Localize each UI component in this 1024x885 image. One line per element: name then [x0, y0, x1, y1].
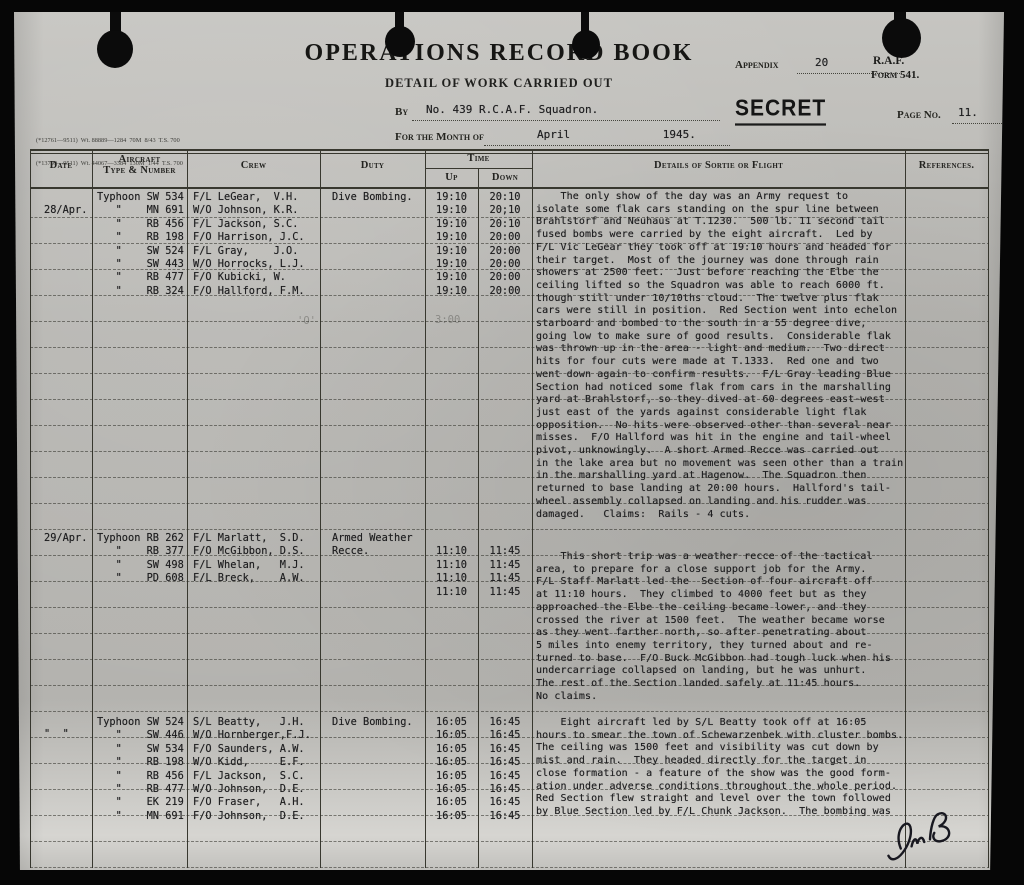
time-up-cell: 19:10: [425, 231, 478, 244]
crew-cell: F/O Saunders, A.W.: [193, 743, 305, 756]
crew-cell: W/O Johnson, K.R.: [193, 204, 298, 217]
crew-cell: F/O McGibbon, D.S.: [193, 545, 305, 558]
aircraft-cell: " RB 324: [97, 285, 184, 298]
col-header-aircraft-line1: Aircraft: [92, 154, 187, 165]
time-down-cell: 16:45: [478, 810, 532, 823]
form-number: Form 541.: [871, 69, 919, 81]
aircraft-cell: " RB 456: [97, 770, 184, 783]
crew-cell: F/L Jackson, S.C.: [193, 218, 298, 231]
col-header-down: Down: [478, 172, 532, 183]
time-down-cell: 16:45: [478, 770, 532, 783]
time-down-cell: 16:45: [478, 716, 532, 729]
ghost-mark: 3:00: [435, 314, 460, 326]
col-header-up: Up: [425, 172, 478, 183]
ghost-mark: 'O': [297, 315, 316, 327]
aircraft-cell: Typhoon RB 262: [97, 532, 184, 545]
page-number-value: 11.: [952, 106, 978, 119]
aircraft-cell: " RB 477: [97, 271, 184, 284]
grid-line: [320, 149, 321, 868]
aircraft-cell: " RB 456: [97, 218, 184, 231]
col-header-references: References.: [905, 160, 988, 171]
month-year-value: April 1945.: [484, 128, 696, 141]
time-down-cell: 11:45: [478, 586, 532, 599]
printer-code-line1: (*12761—9511) Wt. 88889—1284 70M 8/43 T.…: [36, 137, 183, 145]
grid-line: [30, 149, 31, 868]
squadron-value: No. 439 R.C.A.F. Squadron.: [412, 103, 598, 116]
time-up-cell: 19:10: [425, 271, 478, 284]
punch-hole: [882, 18, 921, 58]
time-down-cell: 20:00: [478, 231, 532, 244]
secret-stamp: SECRET: [735, 95, 826, 125]
grid-line: [988, 149, 989, 868]
appendix-label: Appendix: [735, 59, 779, 71]
sortie-date: 28/Apr.: [44, 204, 87, 216]
crew-cell: F/L Gray, J.O.: [193, 245, 298, 258]
col-header-date: Date: [30, 160, 92, 171]
crew-cell: W/O Kidd, E.F.: [193, 756, 305, 769]
duty-cell: Dive Bombing.: [332, 716, 413, 729]
col-header-time: Time: [425, 153, 532, 164]
page-subtitle: DETAIL OF WORK CARRIED OUT: [274, 76, 724, 91]
time-up-cell: 11:10: [425, 572, 478, 585]
time-down-cell: 20;10: [478, 204, 532, 217]
duty-cell: Dive Bombing.: [332, 191, 413, 204]
aircraft-cell: " EK 219: [97, 796, 184, 809]
crew-cell: S/L Beatty, J.H.: [193, 716, 305, 729]
signature-mark: [877, 806, 971, 875]
crew-cell: F/L Jackson, S.C.: [193, 770, 305, 783]
col-header-duty: Duty: [320, 160, 425, 171]
col-header-crew: Crew: [187, 160, 320, 171]
col-header-aircraft: Aircraft Type & Number: [92, 154, 187, 176]
page-number-label: Page No.: [897, 109, 941, 121]
time-up-cell: 11:10: [425, 559, 478, 572]
document-page: OPERATIONS RECORD BOOK DETAIL OF WORK CA…: [14, 12, 1008, 870]
crew-cell: W/O Horrocks, L.J.: [193, 258, 305, 271]
sortie-details-text: The only show of the day was an Army req…: [536, 191, 908, 521]
month-label: For the Month of: [395, 131, 484, 143]
time-up-cell: 19:10: [425, 218, 478, 231]
crew-cell: F/O Harrison, J.C.: [193, 231, 305, 244]
binder-stem: [110, 0, 121, 34]
aircraft-cell: " RB 377: [97, 545, 184, 558]
time-down-cell: 20:00: [478, 285, 532, 298]
binder-stem: [581, 0, 589, 34]
crew-cell: W/O Hornberger,F.J.: [193, 729, 311, 742]
time-up-cell: 16:05: [425, 743, 478, 756]
grid-line: [92, 149, 93, 868]
aircraft-cell: Typhoon SW 524: [97, 716, 184, 729]
time-down-cell: 11:45: [478, 572, 532, 585]
time-up-cell: 16:05: [425, 716, 478, 729]
crew-cell: W/O Johnson, D.E.: [193, 783, 305, 796]
time-down-cell: 20:00: [478, 258, 532, 271]
appendix-value: 20: [797, 56, 828, 69]
sortie-details-text: This short trip was a weather recce of t…: [536, 551, 908, 703]
duty-cell: Armed Weather: [332, 532, 413, 545]
sortie-date: " ": [44, 728, 69, 740]
page-number-fill: 11.: [952, 103, 1004, 124]
grid-line: [187, 149, 188, 868]
sortie-date: 29/Apr.: [44, 532, 87, 544]
grid-line: [30, 187, 988, 189]
time-down-cell: 20:10: [478, 191, 532, 204]
crew-cell: F/L LeGear, V.H.: [193, 191, 298, 204]
crew-cell: F/O Fraser, A.H.: [193, 796, 305, 809]
aircraft-cell: " SW 524: [97, 245, 184, 258]
punch-hole: [572, 30, 600, 59]
grid-line: [30, 149, 988, 151]
time-up-cell: 11:10: [425, 586, 478, 599]
time-up-cell: 16:05: [425, 756, 478, 769]
aircraft-cell: " MN 691: [97, 204, 184, 217]
by-label: By: [395, 106, 408, 118]
col-header-details: Details of Sortie or Flight: [532, 160, 905, 171]
aircraft-cell: " SW 443: [97, 258, 184, 271]
punch-hole: [97, 30, 133, 68]
aircraft-cell: " SW 498: [97, 559, 184, 572]
time-up-cell: 16:05: [425, 796, 478, 809]
aircraft-cell: " SW 446: [97, 729, 184, 742]
col-header-aircraft-line2: Type & Number: [92, 165, 187, 176]
time-down-cell: 20:00: [478, 271, 532, 284]
crew-cell: F/O Johnson, D.E.: [193, 810, 305, 823]
crew-cell: F/L Whelan, M.J.: [193, 559, 305, 572]
aircraft-cell: " RB 477: [97, 783, 184, 796]
aircraft-cell: " PD 608: [97, 572, 184, 585]
time-down-cell: 16:45: [478, 756, 532, 769]
time-down-cell: 16:45: [478, 796, 532, 809]
time-up-cell: 16:05: [425, 770, 478, 783]
time-up-cell: 16:05: [425, 783, 478, 796]
time-down-cell: 16:45: [478, 783, 532, 796]
time-down-cell: 11:45: [478, 559, 532, 572]
time-down-cell: 16:45: [478, 743, 532, 756]
time-up-cell: 16:05: [425, 729, 478, 742]
time-up-cell: 16:05: [425, 810, 478, 823]
time-down-cell: 11:45: [478, 545, 532, 558]
time-up-cell: 19:10: [425, 258, 478, 271]
aircraft-cell: " RB 198: [97, 756, 184, 769]
time-up-cell: 19:10: [425, 245, 478, 258]
time-up-cell: 19:10: [425, 204, 478, 217]
duty-cell: Recce.: [332, 545, 369, 558]
time-up-cell: 19:10: [425, 191, 478, 204]
time-up-cell: 19:10: [425, 285, 478, 298]
time-up-cell: 11:10: [425, 545, 478, 558]
aircraft-cell: Typhoon SW 534: [97, 191, 184, 204]
punch-hole: [385, 26, 415, 57]
month-fill-line: April 1945.: [484, 125, 730, 146]
aircraft-cell: " RB 198: [97, 231, 184, 244]
time-down-cell: 16:45: [478, 729, 532, 742]
time-down-cell: 20:00: [478, 245, 532, 258]
time-down-cell: 20:10: [478, 218, 532, 231]
aircraft-cell: " SW 534: [97, 743, 184, 756]
crew-cell: F/L Breck, A.W.: [193, 572, 305, 585]
crew-cell: F/O Hallford, F.M.: [193, 285, 305, 298]
aircraft-cell: " MN 691: [97, 810, 184, 823]
sortie-details-text: Eight aircraft led by S/L Beatty took of…: [536, 717, 908, 819]
crew-cell: F/L Marlatt, S.D.: [193, 532, 305, 545]
crew-cell: F/O Kubicki, W.: [193, 271, 286, 284]
scanned-document-stage: OPERATIONS RECORD BOOK DETAIL OF WORK CA…: [0, 0, 1024, 885]
grid-line: [532, 149, 533, 868]
page-title: OPERATIONS RECORD BOOK: [274, 40, 724, 67]
by-fill-line: No. 439 R.C.A.F. Squadron.: [412, 100, 720, 121]
